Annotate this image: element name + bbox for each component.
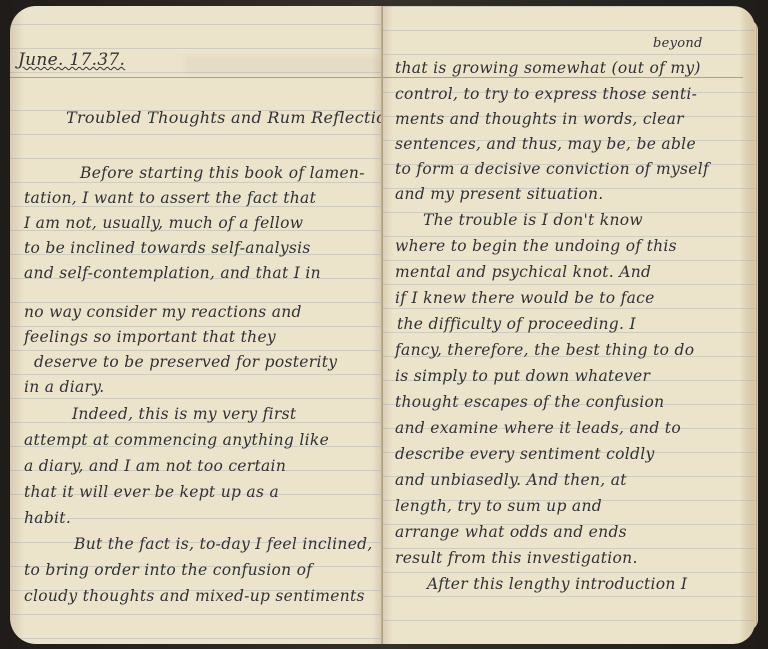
text-line: if I knew there would be to face (395, 288, 655, 308)
text-line: sentences, and thus, may be, be able (395, 134, 696, 154)
text-line: After this lengthy introduction I (427, 574, 687, 594)
text-line: result from this investigation. (395, 548, 638, 568)
text-line: Before starting this book of lamen- (80, 163, 365, 183)
text-line: But the fact is, to-day I feel inclined, (74, 534, 373, 554)
text-line: tation, I want to assert the fact that (24, 188, 316, 208)
text-line: that is growing somewhat (out of my) (395, 58, 701, 78)
text-line: and examine where it leads, and to (395, 418, 681, 438)
text-line: and self-contemplation, and that I in (24, 263, 321, 283)
text-line: and unbiasedly. And then, at (395, 470, 627, 490)
text-line: no way consider my reactions and (24, 302, 302, 322)
text-line: deserve to be preserved for posterity (34, 352, 337, 372)
text-line: in a diary. (24, 377, 105, 397)
text-line: cloudy thoughts and mixed-up sentiments (24, 586, 365, 606)
text-line: control, to try to express those senti- (395, 84, 697, 104)
text-line: attempt at commencing anything like (24, 430, 329, 450)
text-line: ments and thoughts in words, clear (395, 109, 684, 129)
text-line: the difficulty of proceeding. I (397, 314, 636, 334)
text-line: thought escapes of the confusion (395, 392, 664, 412)
text-line: and my present situation. (395, 184, 604, 204)
text-line: to bring order into the confusion of (24, 560, 312, 580)
text-line: to be inclined towards self-analysis (24, 238, 311, 258)
text-line: Indeed, this is my very first (72, 404, 296, 424)
text-line: arrange what odds and ends (395, 522, 627, 542)
header-rule (10, 77, 382, 78)
inserted-word: beyond (653, 34, 703, 54)
entry-title: Troubled Thoughts and Rum Reflections. (66, 108, 382, 128)
entry-date: June. 17.37. (18, 50, 125, 70)
text-line: a diary, and I am not too certain (24, 456, 286, 476)
right-page: beyond that is growing somewhat (out of … (383, 6, 755, 644)
text-line: is simply to put down whatever (395, 366, 650, 386)
text-line: fancy, therefore, the best thing to do (395, 340, 694, 360)
text-line: I am not, usually, much of a fellow (24, 213, 303, 233)
text-line: mental and psychical knot. And (395, 262, 651, 282)
text-line: where to begin the undoing of this (395, 236, 677, 256)
text-line: feelings so important that they (24, 327, 276, 347)
text-line: to form a decisive conviction of myself (395, 159, 709, 179)
text-line: The trouble is I don't know (423, 210, 643, 230)
text-line: habit. (24, 508, 71, 528)
text-line: length, try to sum up and (395, 496, 602, 516)
text-line: describe every sentiment coldly (395, 444, 655, 464)
bleed-through-marks (185, 56, 382, 74)
text-line: that it will ever be kept up as a (24, 482, 279, 502)
left-page: June. 17.37. Troubled Thoughts and Rum R… (10, 6, 382, 644)
